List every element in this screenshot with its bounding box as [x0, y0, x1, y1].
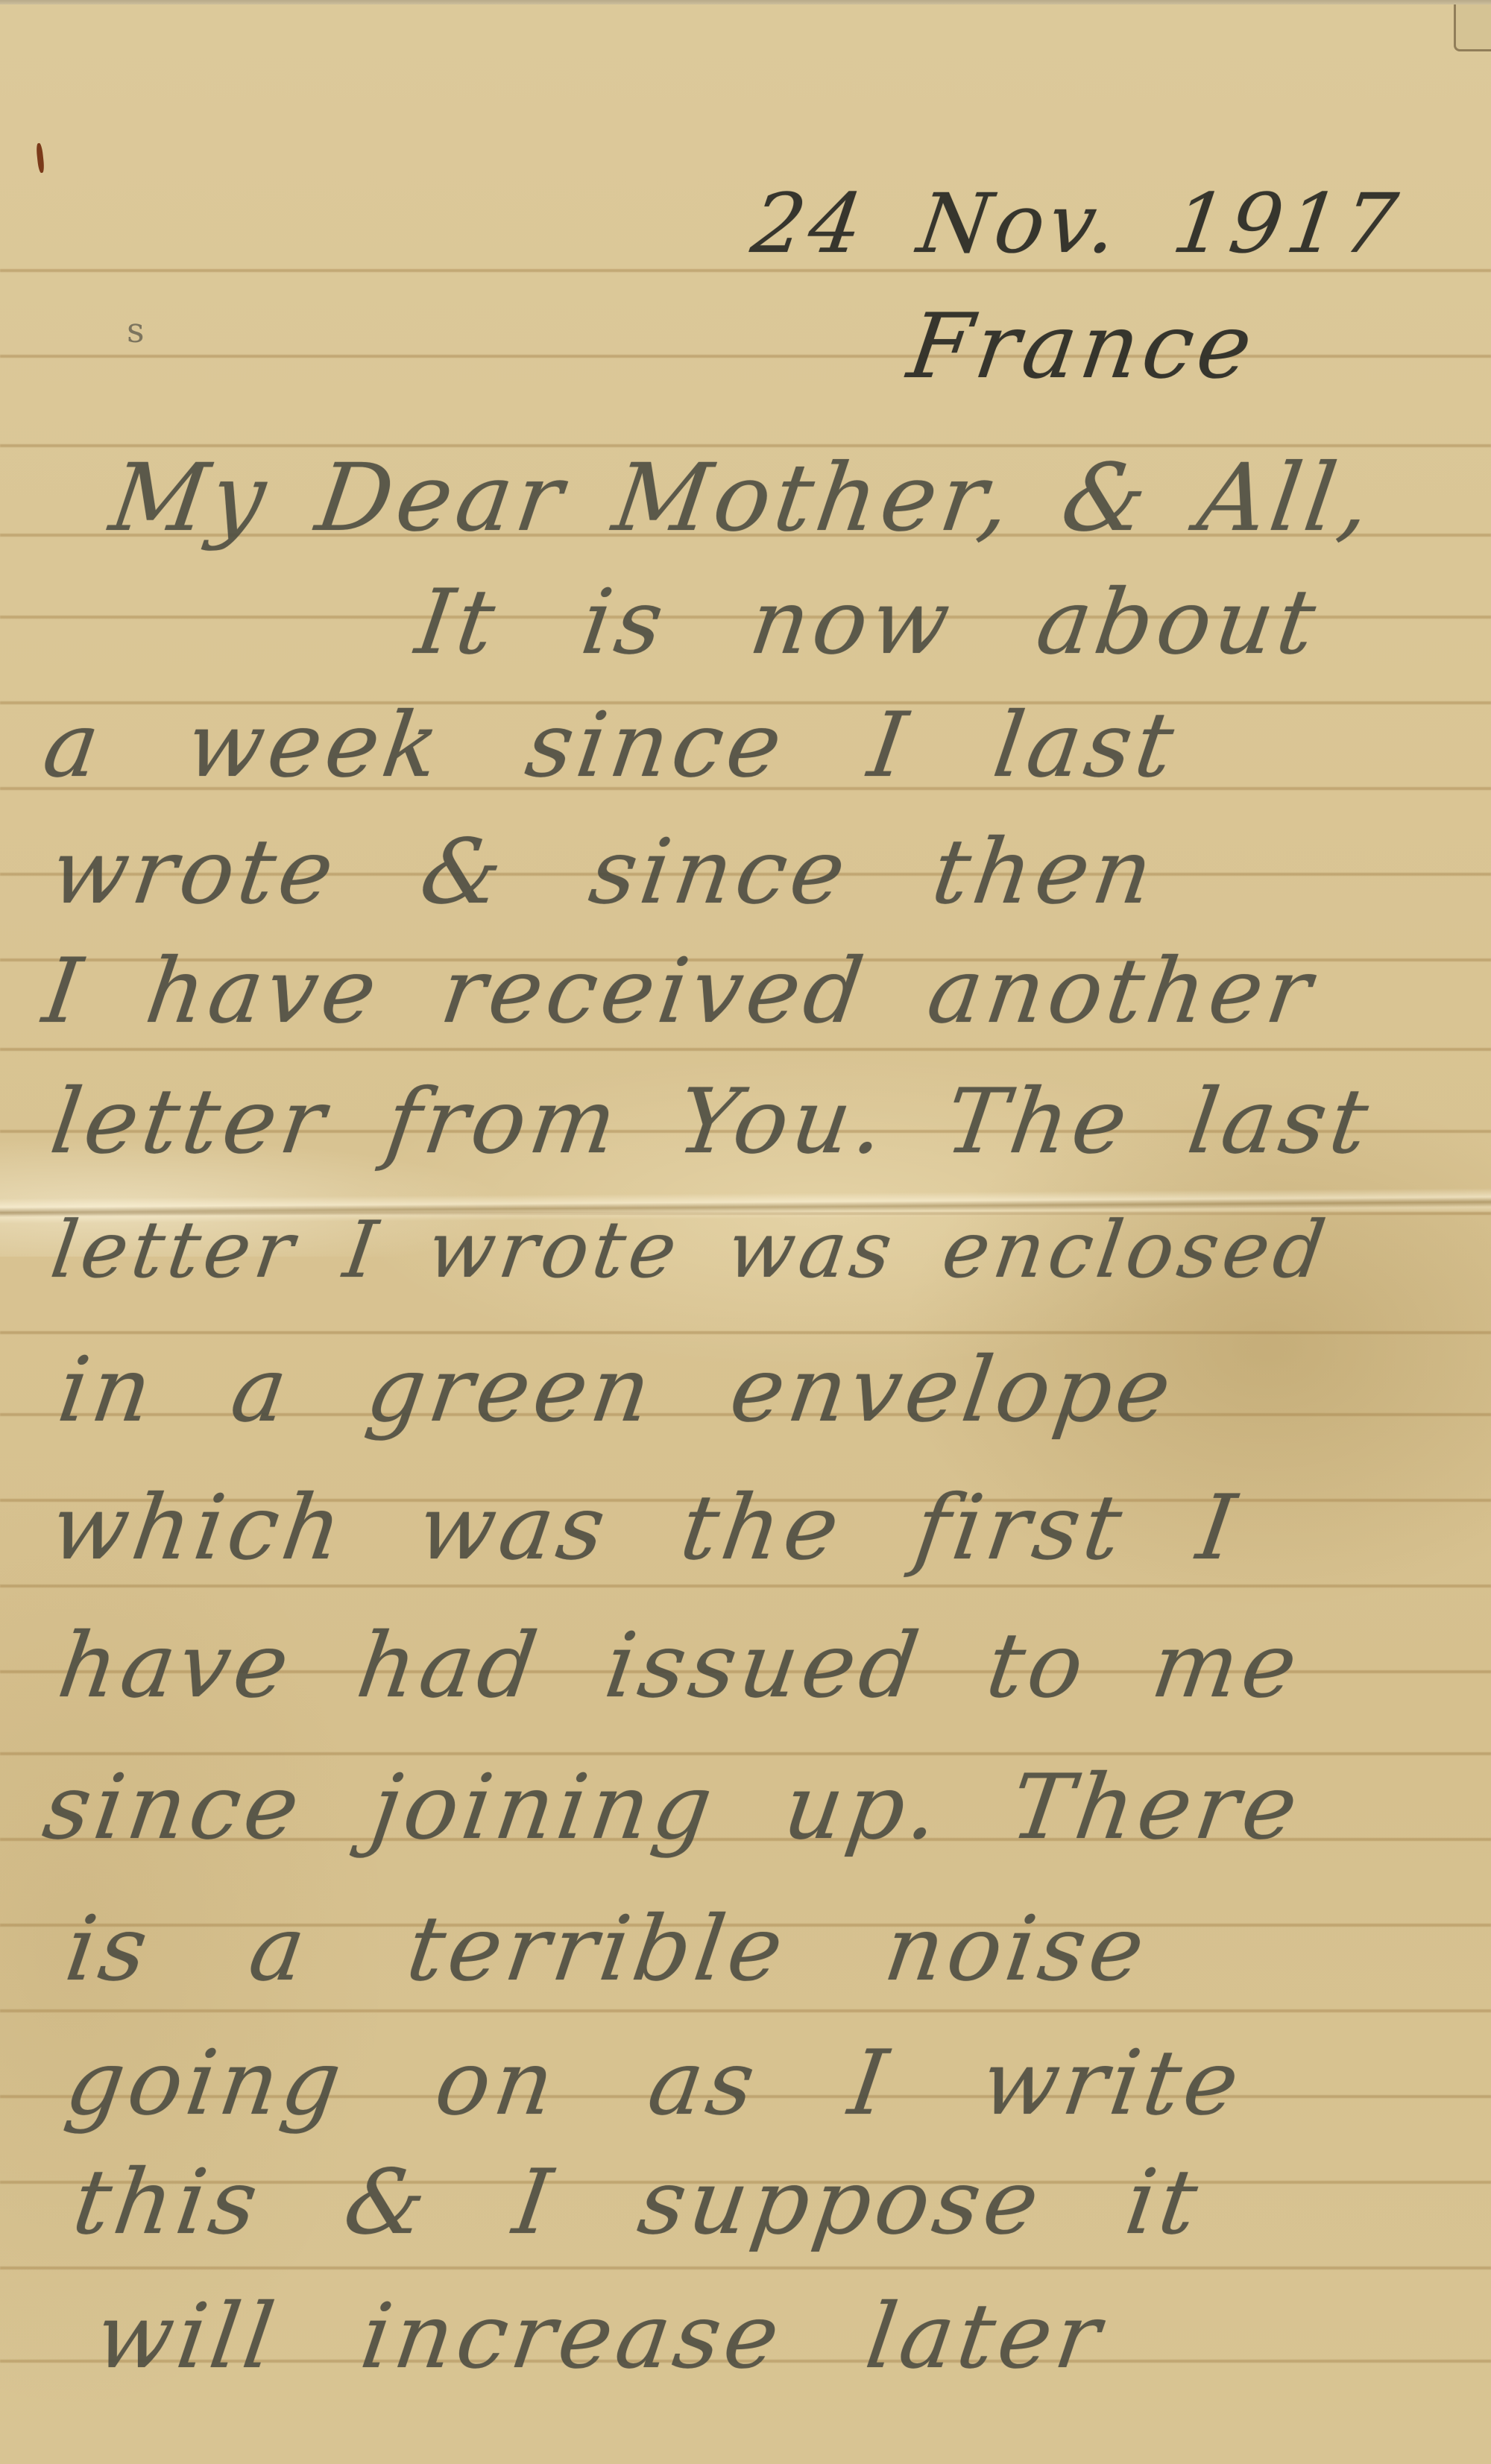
ruled-line [0, 1331, 1491, 1334]
letter-salutation: My Dear Mother, & All, [104, 444, 1381, 552]
ruled-line [0, 1048, 1491, 1051]
letter-line: going on as I write [60, 2032, 1249, 2135]
letter-date: 24 Nov. 1917 [746, 176, 1407, 271]
letter-line: is a terrible noise [60, 1898, 1155, 2001]
ruled-line [0, 355, 1491, 358]
paper-top-edge [0, 0, 1491, 4]
letter-line: since joining up. There [37, 1756, 1308, 1860]
ruled-line [0, 2266, 1491, 2269]
ruled-line [0, 1585, 1491, 1588]
letter-page: s 24 Nov. 1917 France My Dear Mother, & … [0, 4, 1491, 2464]
letter-line: wrote & since then [45, 821, 1163, 924]
stray-mark: s [127, 310, 145, 350]
letter-line: letter from You. The last [45, 1070, 1378, 1174]
ruled-line [0, 2009, 1491, 2012]
letter-line: a week since I last [37, 694, 1184, 797]
folded-corner [1454, 4, 1491, 51]
letter-line: letter I wrote was enclosed [45, 1204, 1334, 1295]
letter-place: France [902, 295, 1262, 399]
ruled-line [0, 1752, 1491, 1755]
letter-line: will increase later [89, 2285, 1111, 2389]
letter-line: which was the first I [45, 1476, 1246, 1580]
letter-line: have had issued to me [52, 1614, 1307, 1718]
letter-line: It is now about [410, 571, 1325, 675]
letter-line: in a green envelope [52, 1339, 1181, 1442]
letter-line: I have received another [37, 940, 1322, 1043]
letter-line: this & I suppose it [67, 2151, 1208, 2255]
ink-stain [36, 143, 45, 174]
